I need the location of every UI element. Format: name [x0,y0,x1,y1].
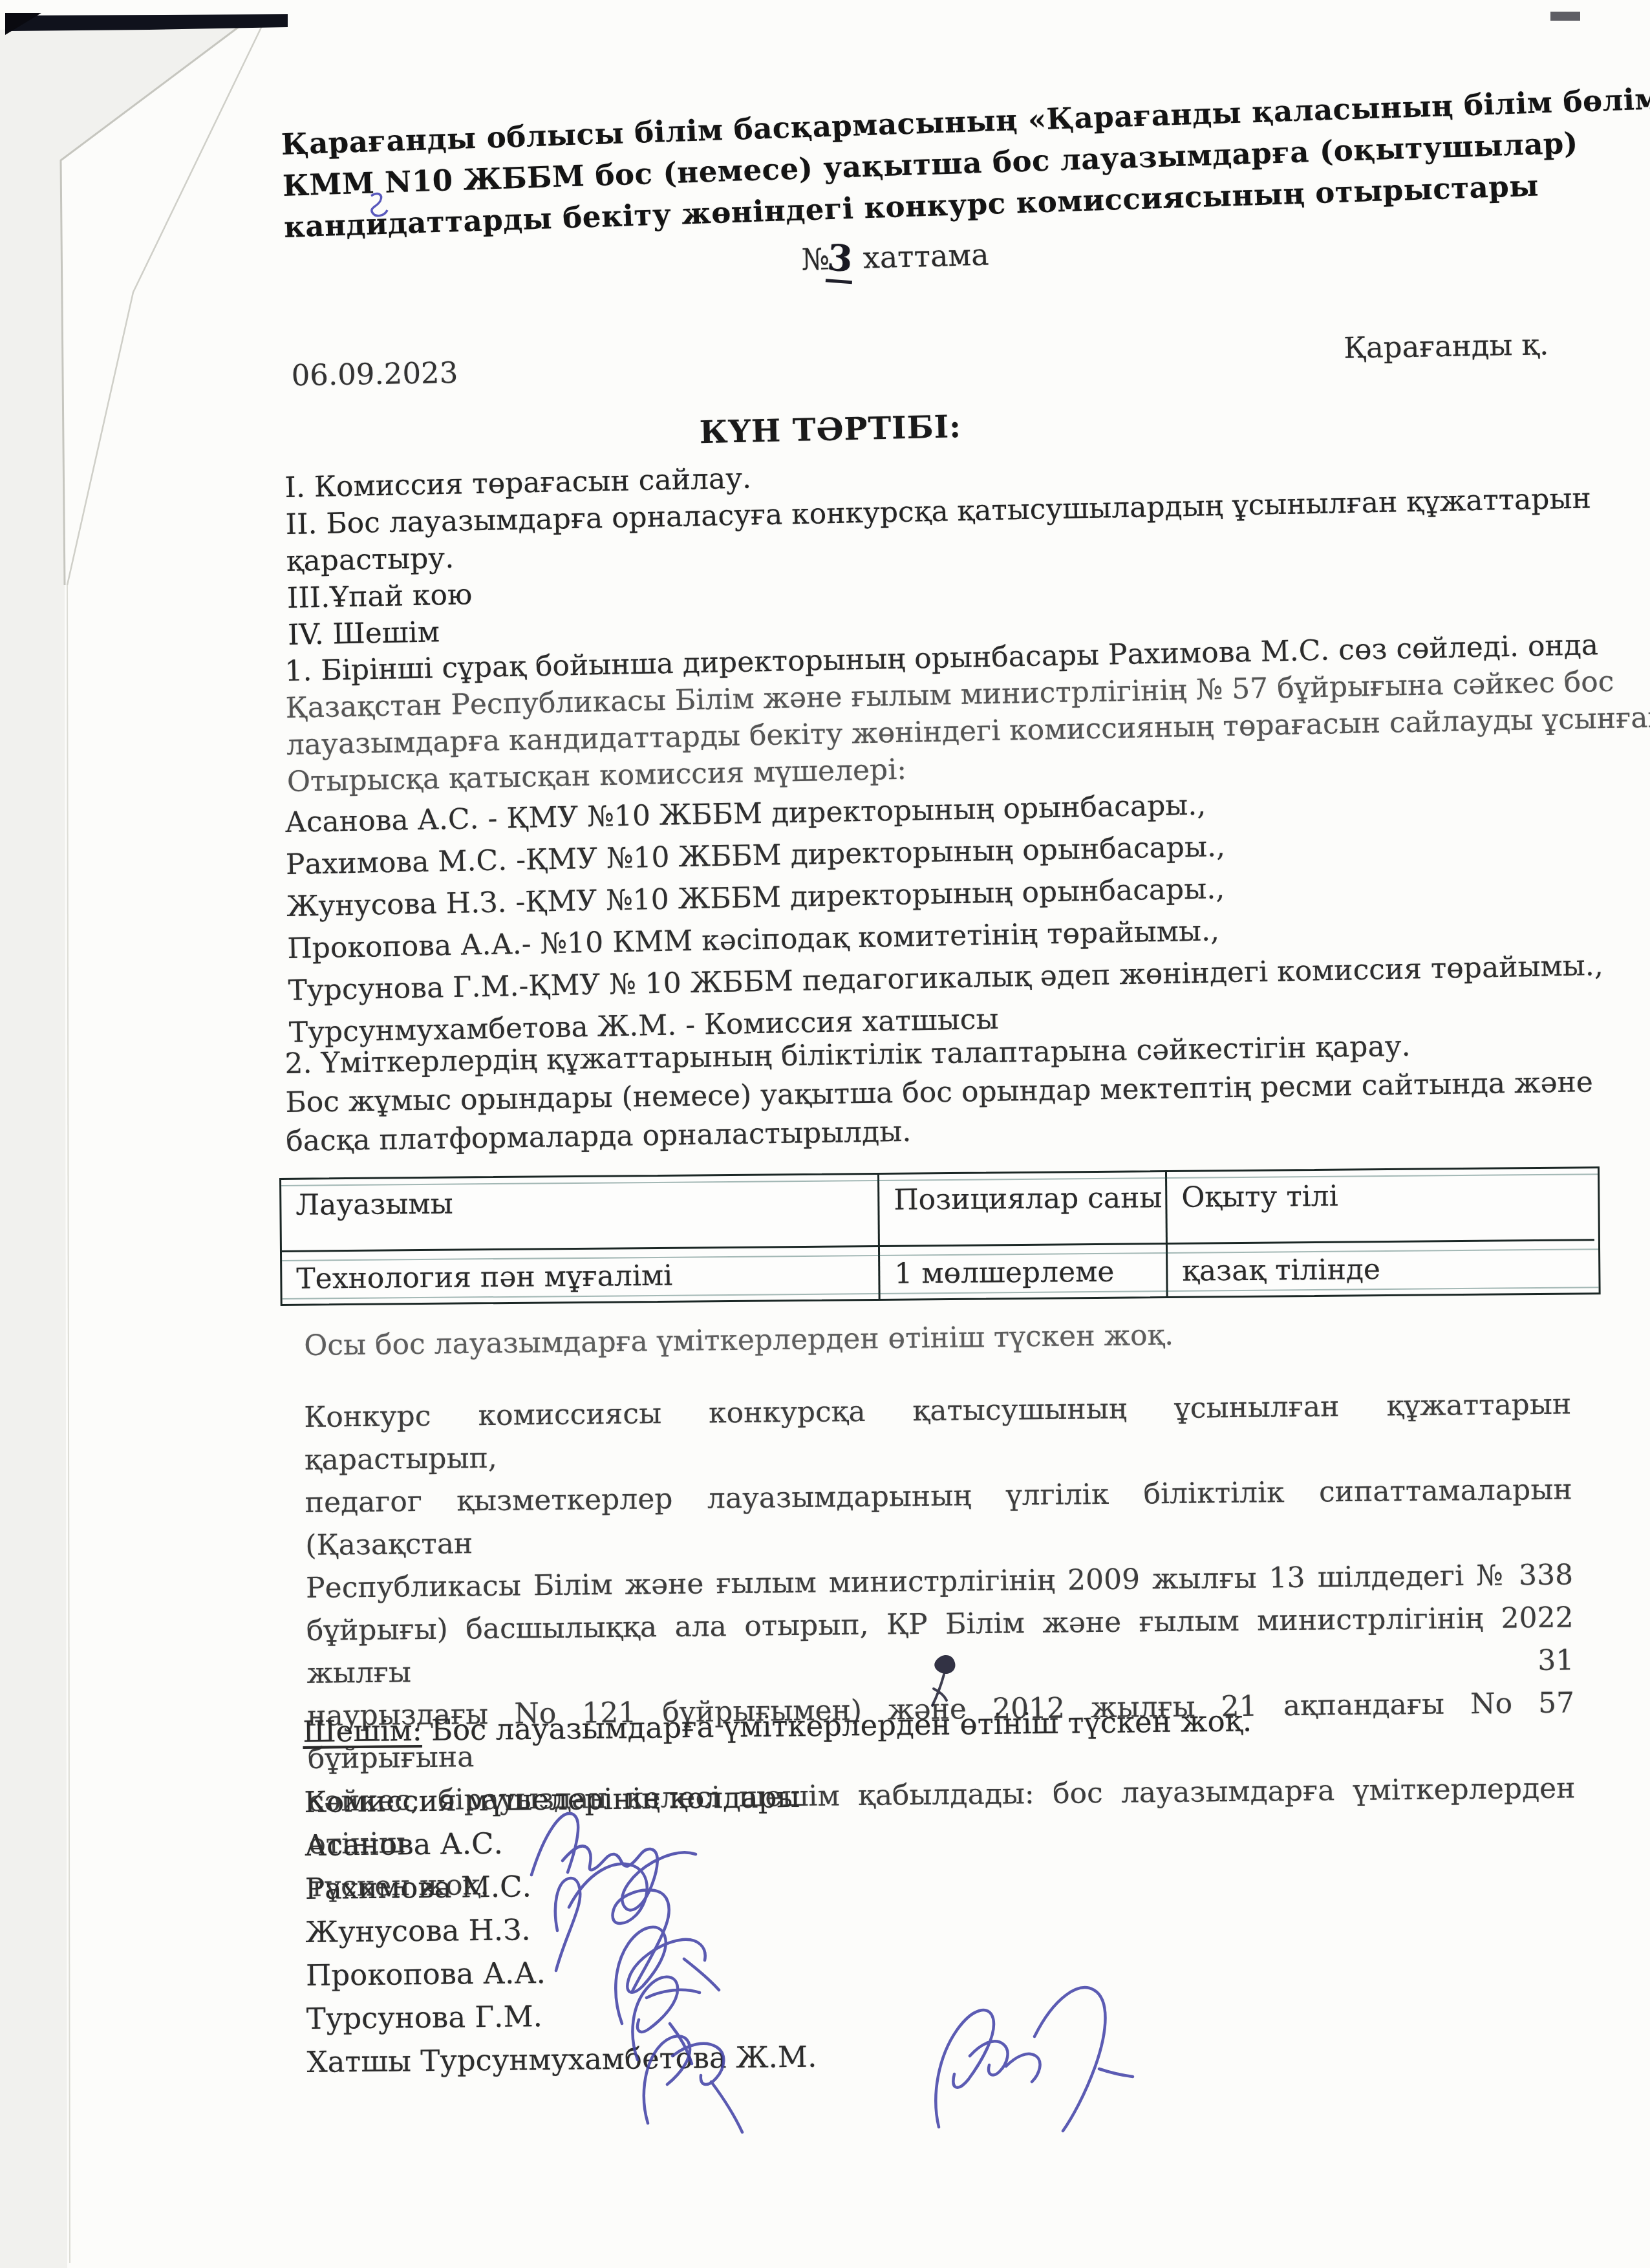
ink-signatures-layer [0,0,1650,2268]
scanned-protocol-page: Қарағанды облысы білім басқармасының «Қа… [0,0,1650,2268]
signature-secretary [936,1987,1133,2131]
signature-tursunova [644,2036,742,2132]
signature-zhunusova [616,1927,719,2024]
ink-blot [932,1655,955,1706]
